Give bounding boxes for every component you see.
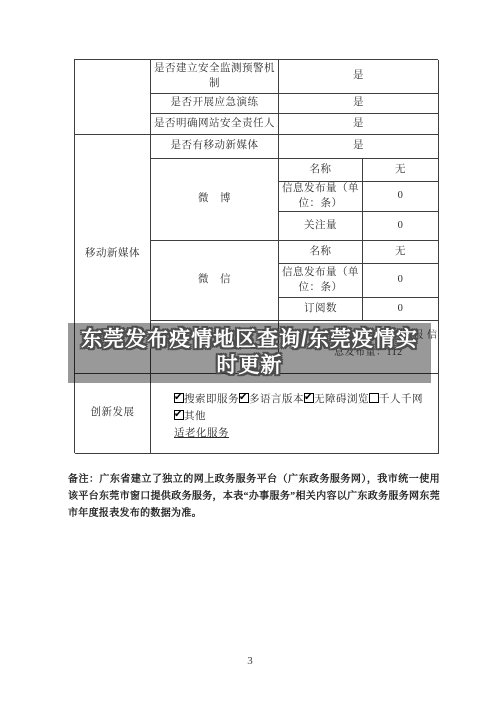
- wechat-label: 微 信: [198, 273, 231, 287]
- metric-value: 0: [398, 302, 404, 316]
- metric-name: 订阅数: [304, 302, 337, 316]
- checkbox-icon: [174, 393, 184, 403]
- wechat-metric-cell: 信息发布量（单位：条）: [279, 264, 363, 298]
- remark-paragraph: 备注：广东省建立了独立的网上政务服务平台（广东政务服务网），我市统一使用该平台东…: [68, 471, 440, 522]
- answer-cell: 是: [279, 135, 439, 159]
- weibo-metric-cell: 关注量: [279, 212, 363, 241]
- answer-text: 是: [353, 69, 364, 83]
- metric-name: 名称: [310, 245, 332, 259]
- question-cell: 是否有移动新媒体: [151, 135, 279, 159]
- weibo-value-cell: 0: [363, 212, 439, 241]
- option-personalized: 千人千网: [369, 394, 423, 405]
- report-page: 移动新媒体 创新发展 是否建立安全监测预警机制 是 是否开展应急演练 是 是否明…: [0, 0, 500, 707]
- metric-value: 0: [398, 189, 404, 203]
- answer-text: 是: [353, 117, 364, 131]
- other-detail-text: 适老化服务: [174, 428, 229, 439]
- weibo-label-cell: 微 博: [151, 159, 279, 241]
- wechat-metric-cell: 订阅数: [279, 298, 363, 321]
- wechat-value-cell: 无: [363, 241, 439, 264]
- weibo-label: 微 博: [198, 192, 231, 206]
- innovation-content-cell: 搜索即服务多语言版本无障碍浏览千人千网其他 适老化服务: [151, 374, 439, 454]
- answer-text: 是: [353, 139, 364, 153]
- question-cell: 是否建立安全监测预警机制: [151, 60, 279, 94]
- option-label: 搜索即服务: [184, 394, 239, 405]
- metric-value: 无: [395, 163, 406, 177]
- checkbox-icon: [304, 393, 314, 403]
- option-other: 其他: [174, 411, 206, 422]
- question-text: 是否明确网站安全责任人: [154, 117, 275, 131]
- option-label: 千人千网: [379, 394, 423, 405]
- metric-value: 0: [398, 219, 404, 233]
- checkbox-icon: [174, 410, 184, 420]
- wechat-value-cell: 0: [363, 264, 439, 298]
- metric-name: 信息发布量（单位：条）: [282, 182, 359, 210]
- wechat-value-cell: 0: [363, 298, 439, 321]
- category-cell-empty: [75, 60, 151, 135]
- metric-value: 无: [395, 245, 406, 259]
- question-cell: 是否开展应急演练: [151, 94, 279, 114]
- metric-name: 信息发布量（单位：条）: [282, 266, 359, 294]
- weibo-value-cell: 0: [363, 182, 439, 212]
- category-label: 移动新媒体: [85, 247, 140, 261]
- category-cell-innovation: 创新发展: [75, 374, 151, 454]
- answer-text: 是: [353, 96, 364, 110]
- annual-report-table: 移动新媒体 创新发展 是否建立安全监测预警机制 是 是否开展应急演练 是 是否明…: [74, 59, 438, 453]
- question-text: 是否有移动新媒体: [171, 139, 259, 153]
- overlay-banner: 东莞发布疫情地区查询/东莞疫情实 时更新: [68, 323, 431, 383]
- weibo-metric-cell: 信息发布量（单位：条）: [279, 182, 363, 212]
- wechat-label-cell: 微 信: [151, 241, 279, 321]
- question-cell: 是否明确网站安全责任人: [151, 114, 279, 135]
- wechat-metric-cell: 名称: [279, 241, 363, 264]
- metric-name: 名称: [310, 163, 332, 177]
- innovation-options: 搜索即服务多语言版本无障碍浏览千人千网其他 适老化服务: [154, 375, 435, 442]
- page-number: 3: [0, 655, 500, 667]
- option-search-as-service: 搜索即服务: [174, 394, 239, 405]
- answer-cell: 是: [279, 60, 439, 94]
- weibo-value-cell: 无: [363, 159, 439, 182]
- question-text: 是否开展应急演练: [171, 96, 259, 110]
- option-label: 无障碍浏览: [314, 394, 369, 405]
- option-label: 其他: [184, 411, 206, 422]
- option-label: 多语言版本: [249, 394, 304, 405]
- banner-line1: 东莞发布疫情地区查询/东莞疫情实: [81, 327, 418, 353]
- category-label: 创新发展: [91, 406, 135, 420]
- option-accessibility: 无障碍浏览: [304, 394, 369, 405]
- weibo-metric-cell: 名称: [279, 159, 363, 182]
- option-multilingual: 多语言版本: [239, 394, 304, 405]
- answer-cell: 是: [279, 114, 439, 135]
- checkbox-icon: [239, 393, 249, 403]
- answer-cell: 是: [279, 94, 439, 114]
- banner-line2: 时更新: [217, 353, 283, 379]
- metric-name: 关注量: [304, 219, 337, 233]
- checkbox-icon: [369, 393, 379, 403]
- metric-value: 0: [398, 273, 404, 287]
- question-text: 是否建立安全监测预警机制: [154, 62, 275, 90]
